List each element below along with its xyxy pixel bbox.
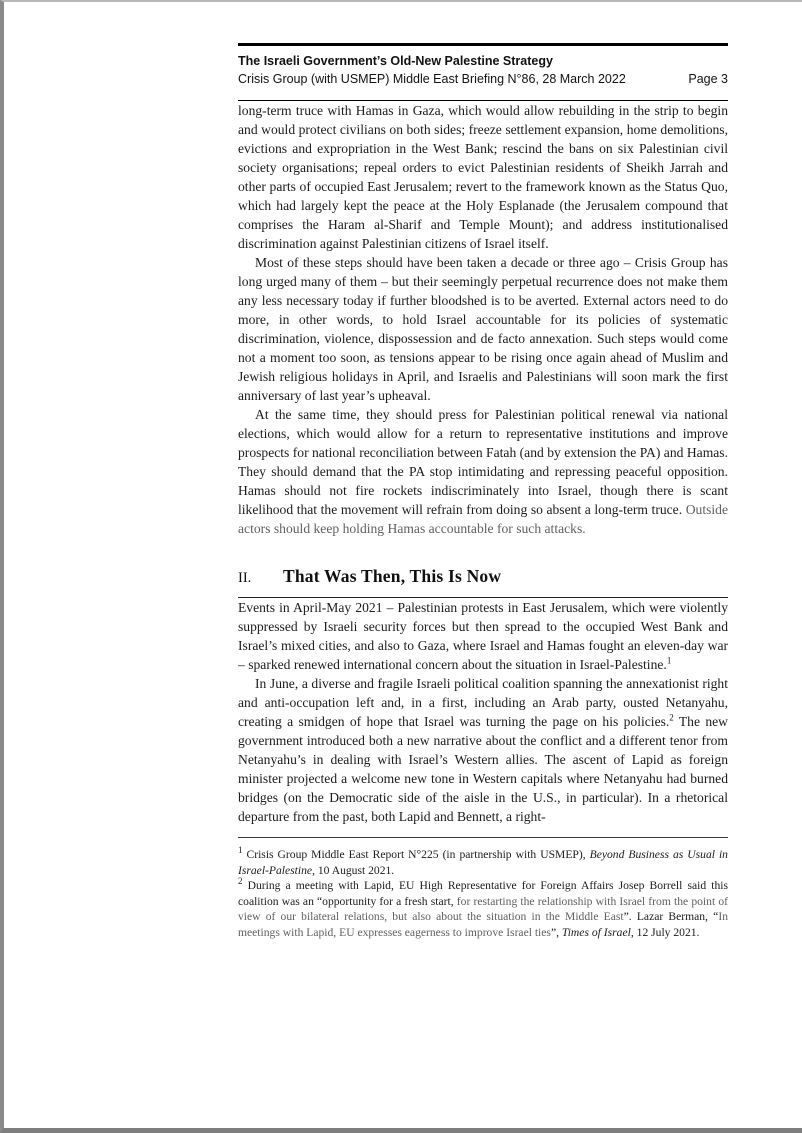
paragraph-text: At the same time, they should press for … xyxy=(238,407,728,517)
paragraph-text: In June, a diverse and fragile Israeli p… xyxy=(238,676,728,729)
publication-title-italic: Times of Israel xyxy=(562,926,631,939)
paragraph: In June, a diverse and fragile Israeli p… xyxy=(238,674,728,826)
page-content: The Israeli Government’s Old-New Palesti… xyxy=(238,2,728,940)
running-header-subtitle: Crisis Group (with USMEP) Middle East Br… xyxy=(238,71,626,87)
section-heading: II. That Was Then, This Is Now xyxy=(238,567,728,598)
page-header: The Israeli Government’s Old-New Palesti… xyxy=(238,43,728,101)
section-title: That Was Then, This Is Now xyxy=(283,567,501,586)
document-page: The Israeli Government’s Old-New Palesti… xyxy=(0,0,802,1133)
paragraph-text: The new government introduced both a new… xyxy=(238,714,728,824)
footnote: 1 Crisis Group Middle East Report N°225 … xyxy=(238,847,728,878)
footnote-text: , 10 August 2021. xyxy=(312,864,394,877)
running-header-subtitle-row: Crisis Group (with USMEP) Middle East Br… xyxy=(238,71,728,87)
footnote: 2 During a meeting with Lapid, EU High R… xyxy=(238,878,728,940)
paragraph: long-term truce with Hamas in Gaza, whic… xyxy=(238,101,728,253)
footnote-text: , 12 July 2021. xyxy=(631,926,700,939)
paragraph: At the same time, they should press for … xyxy=(238,405,728,538)
paragraph-text: long-term truce with Hamas in Gaza, whic… xyxy=(238,103,728,251)
footnote-text: ”. Lazar Berman, “ xyxy=(624,910,719,923)
paragraph: Events in April-May 2021 – Palestinian p… xyxy=(238,598,728,674)
footnote-text: Crisis Group Middle East Report N°225 (i… xyxy=(243,848,590,861)
paragraph-text: Most of these steps should have been tak… xyxy=(238,255,728,403)
footnote-text: ”, xyxy=(551,926,562,939)
footnotes-section: 1 Crisis Group Middle East Report N°225 … xyxy=(238,837,728,940)
section-number: II. xyxy=(238,569,283,588)
page-number: Page 3 xyxy=(688,71,728,87)
body-text: long-term truce with Hamas in Gaza, whic… xyxy=(238,101,728,826)
running-header-title: The Israeli Government’s Old-New Palesti… xyxy=(238,53,728,69)
footnote-reference: 1 xyxy=(667,655,672,665)
paragraph: Most of these steps should have been tak… xyxy=(238,253,728,405)
paragraph-text: Events in April-May 2021 – Palestinian p… xyxy=(238,600,728,672)
